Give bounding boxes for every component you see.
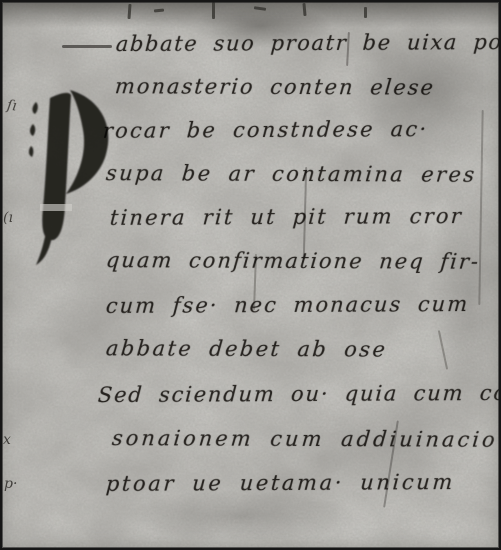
- manuscript-line: abbate suo proatr be uixa ponus: [115, 30, 501, 56]
- margin-mark: ſı: [6, 97, 18, 114]
- manuscript-line: Sed sciendum ou· quia cum cos: [97, 381, 501, 407]
- manuscript-line: cum fse· nec monacus cum: [105, 292, 470, 318]
- manuscript-line: rocar be constndese ac·: [102, 117, 429, 143]
- manuscript-line: supa be ar contamina eres: [105, 161, 478, 187]
- manuscript-line: tinera rit ut pit rum cror: [109, 204, 464, 230]
- manuscript-line: monasterio conten elese: [114, 74, 436, 99]
- manuscript-line: abbate debet ab ose: [105, 336, 389, 361]
- margin-mark: x: [3, 432, 11, 448]
- manuscript-line: ptoar ue uetama· unicum: [105, 470, 456, 496]
- margin-mark: p·: [4, 476, 17, 492]
- manuscript-line: sonaionem cum addiuinacio: [111, 426, 499, 452]
- margin-mark: (ı: [3, 210, 13, 226]
- manuscript-line: quam confirmatione neq fir-: [105, 248, 481, 274]
- manuscript-photo: abbate suo proatr be uixa ponus monaster…: [0, 0, 501, 550]
- manuscript-text-block: abbate suo proatr be uixa ponus monaster…: [2, 2, 501, 550]
